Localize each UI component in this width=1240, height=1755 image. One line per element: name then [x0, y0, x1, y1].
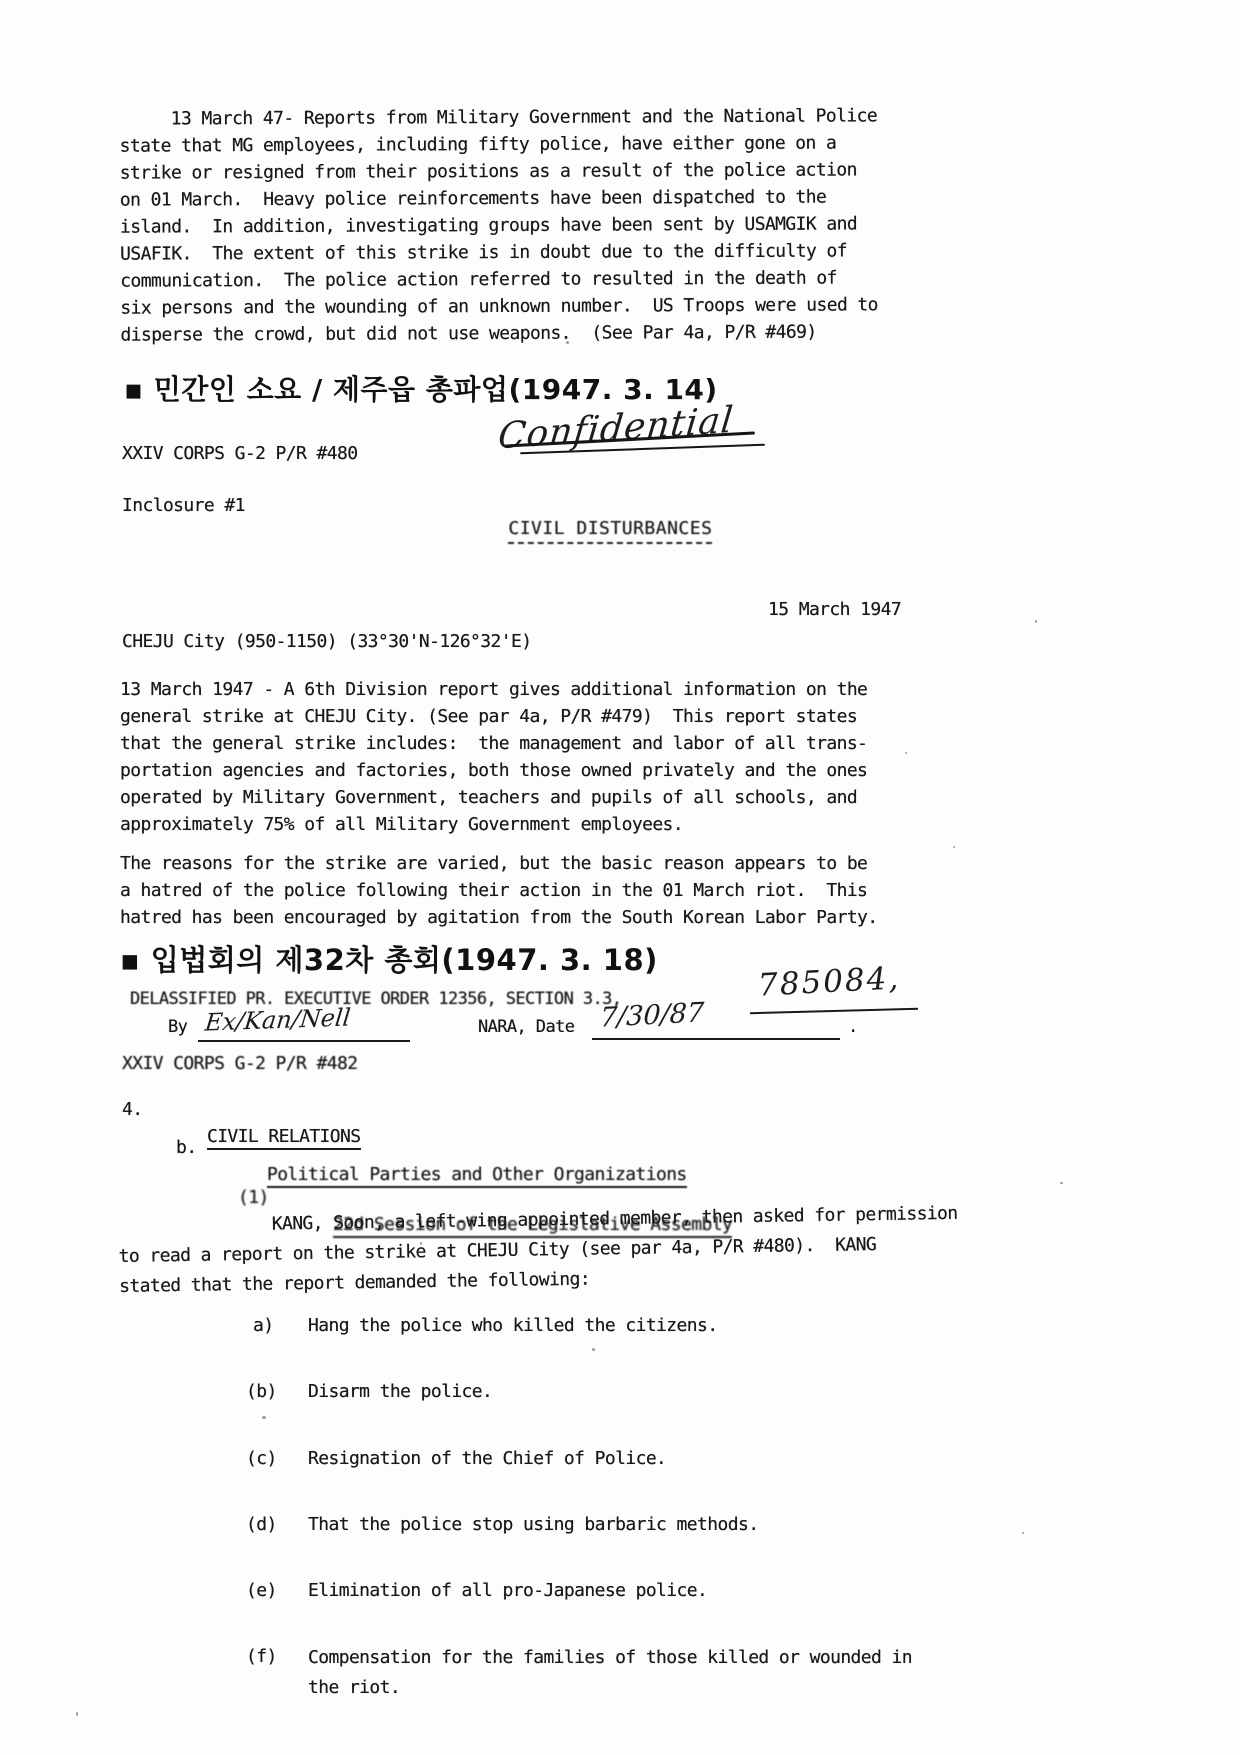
scan-speck	[1035, 620, 1037, 623]
paragraph-kang-request: KANG, Soon, a left-wing appointed member…	[118, 1199, 959, 1302]
inclosure-label: Inclosure #1	[122, 492, 245, 519]
scan-speck	[76, 1712, 78, 1716]
demand-b-marker: (b)	[246, 1378, 277, 1405]
demand-a-marker: a)	[253, 1312, 273, 1339]
signature-underline	[198, 1040, 410, 1042]
declassified-line: DELASSIFIED PR. EXECUTIVE ORDER 12356, S…	[130, 986, 621, 1012]
demand-e-marker: (e)	[246, 1577, 277, 1604]
report-date: 15 March 1947	[768, 596, 901, 623]
section4-number: 4.	[122, 1096, 142, 1123]
scan-speck	[566, 341, 569, 344]
demand-b-text: Disarm the police.	[308, 1378, 492, 1405]
demand-c-text: Resignation of the Chief of Police.	[308, 1445, 666, 1472]
scan-speck	[420, 1242, 422, 1245]
scan-speck	[905, 752, 907, 754]
paragraph-strike-reasons: The reasons for the strike are varied, b…	[120, 850, 878, 931]
korean-annotation-assembly: ▪ 입법회의 제32차 총회(1947. 3. 18)	[120, 938, 658, 979]
date-underline	[592, 1038, 840, 1040]
paragraph-strike-report: 13 March 47- Reports from Military Gover…	[119, 102, 878, 348]
corps-header-480: XXIV CORPS G-2 P/R #480	[122, 440, 357, 467]
scan-speck	[1060, 1182, 1063, 1184]
by-label: By	[168, 1014, 187, 1040]
item1-number: (1)	[238, 1184, 269, 1211]
scan-speck	[592, 1348, 595, 1351]
demand-c-marker: (c)	[246, 1445, 277, 1472]
demand-e-text: Elimination of all pro-Japanese police.	[308, 1577, 707, 1604]
demand-d-marker: (d)	[246, 1511, 277, 1538]
scan-speck	[262, 1416, 266, 1419]
corps-header-482: XXIV CORPS G-2 P/R #482	[122, 1050, 357, 1077]
demand-d-text: That the police stop using barbaric meth…	[308, 1511, 758, 1538]
scan-speck	[1022, 1532, 1024, 1534]
declass-period: .	[848, 1014, 858, 1040]
scanned-document-page: 13 March 47- Reports from Military Gover…	[0, 0, 1240, 1755]
cheju-city-heading: CHEJU City (950-1150) (33°30'N-126°32'E)	[122, 628, 531, 655]
handwritten-declass-number: 785084,	[757, 960, 901, 1003]
subsection-b-number: b.	[176, 1134, 196, 1161]
paragraph-6th-division-report: 13 March 1947 - A 6th Division report gi…	[120, 676, 867, 838]
korean-annotation-civil-unrest: ▪ 민간인 소요 / 제주읍 총파업(1947. 3. 14)	[124, 368, 718, 408]
demand-a-text: Hang the police who killed the citizens.	[308, 1312, 717, 1339]
civil-disturbances-title: CIVIL DISTURBANCES	[508, 518, 712, 544]
nara-date-label: NARA, Date	[478, 1014, 574, 1040]
declass-number-underline	[750, 1008, 918, 1014]
demand-f-marker: (f)	[246, 1643, 277, 1670]
demand-f-text: Compensation for the families of those k…	[308, 1643, 912, 1703]
scan-speck	[953, 846, 955, 848]
handwritten-signature: Ex/Kan/Nell	[204, 1003, 352, 1036]
handwritten-date: 7/30/87	[599, 997, 705, 1034]
